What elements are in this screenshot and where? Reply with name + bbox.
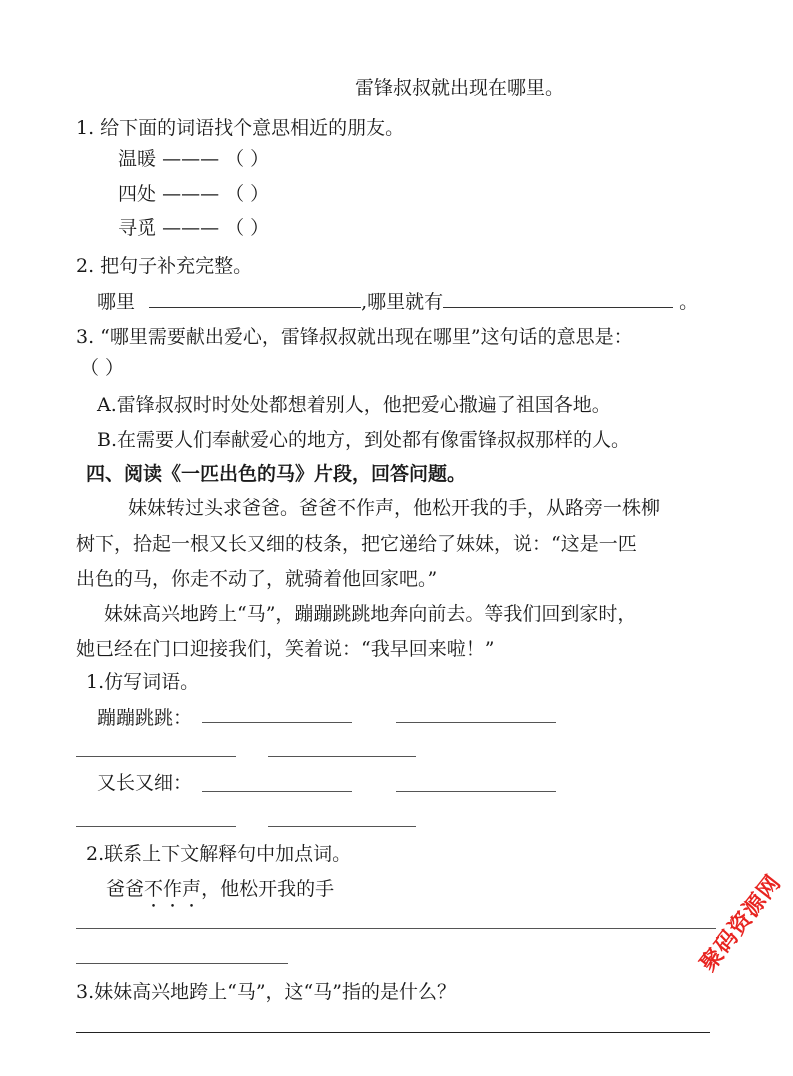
sub2-pre: 爸爸: [106, 878, 144, 900]
q1-item: 温暖 ——— （ ）: [118, 147, 269, 171]
question-2-label: 2. 把句子补充完整。: [76, 254, 252, 278]
q1-answer-paren[interactable]: （ ）: [225, 217, 269, 239]
answer-line[interactable]: [76, 928, 716, 929]
dotted-char: 不: [144, 877, 163, 901]
q1-answer-paren[interactable]: （ ）: [225, 148, 269, 170]
q2-sentence: 哪里 ,哪里就有 。: [97, 289, 698, 314]
question-3-label: 3. “哪里需要献出爱心，雷锋叔叔就出现在哪里”这句话的意思是：: [76, 325, 633, 349]
q1-dash: ———: [162, 148, 219, 170]
q2-end: 。: [679, 291, 698, 313]
passage-line: 树下，拾起一根又长又细的枝条，把它递给了妹妹，说：“这是一匹: [76, 532, 637, 556]
imitate-word-2: 又长又细：: [97, 771, 192, 795]
imitate-word-1: 蹦蹦跳跳：: [97, 706, 192, 730]
answer-line[interactable]: [76, 963, 288, 964]
answer-line[interactable]: [268, 756, 416, 757]
passage-line: 妹妹高兴地跨上“马”，蹦蹦跳跳地奔向前去。等我们回到家时，: [104, 602, 636, 626]
q3-answer-paren[interactable]: （ ）: [80, 356, 124, 380]
dotted-char: 作: [163, 877, 182, 901]
sub-question-1-label: 1.仿写词语。: [86, 670, 199, 694]
sub2-sentence: 爸爸不作声，他松开我的手: [106, 877, 334, 901]
sub-question-2-label: 2.联系上下文解释句中加点词。: [86, 842, 351, 866]
title-line: 雷锋叔叔就出现在哪里。: [355, 76, 564, 100]
watermark-logo: 聚码资源网: [692, 867, 787, 977]
q2-part2: ,哪里就有: [361, 291, 443, 313]
q1-word: 寻觅: [118, 217, 156, 239]
q1-item: 寻觅 ——— （ ）: [118, 216, 269, 240]
answer-line[interactable]: [202, 791, 352, 792]
q3-option-a[interactable]: A.雷锋叔叔时时处处都想着别人，他把爱心撒遍了祖国各地。: [97, 393, 611, 417]
dotted-char: 声: [182, 877, 201, 901]
section-4-heading: 四、阅读《一匹出色的马》片段，回答问题。: [86, 462, 466, 486]
answer-line[interactable]: [396, 791, 556, 792]
q2-part1: 哪里: [97, 291, 135, 313]
q3-option-b[interactable]: B.在需要人们奉献爱心的地方，到处都有像雷锋叔叔那样的人。: [97, 428, 630, 452]
q1-dash: ———: [162, 217, 219, 239]
answer-line[interactable]: [202, 722, 352, 723]
q1-answer-paren[interactable]: （ ）: [225, 183, 269, 205]
q1-word: 温暖: [118, 148, 156, 170]
q1-dash: ———: [162, 183, 219, 205]
passage-line: 出色的马，你走不动了，就骑着他回家吧。”: [76, 567, 437, 591]
q2-blank-1[interactable]: [149, 289, 361, 308]
q2-blank-2[interactable]: [443, 289, 673, 308]
sub2-post: ，他松开我的手: [201, 878, 334, 900]
answer-line[interactable]: [396, 722, 556, 723]
answer-line[interactable]: [76, 756, 236, 757]
sub-question-3-label: 3.妹妹高兴地跨上“马”，这“马”指的是什么？: [76, 980, 456, 1004]
answer-line[interactable]: [76, 826, 236, 827]
passage-line: 她已经在门口迎接我们，笑着说：“我早回来啦！”: [76, 637, 494, 661]
answer-line[interactable]: [76, 1032, 710, 1033]
q1-item: 四处 ——— （ ）: [118, 182, 269, 206]
question-1-label: 1. 给下面的词语找个意思相近的朋友。: [76, 116, 404, 140]
q1-word: 四处: [118, 183, 156, 205]
answer-line[interactable]: [268, 826, 416, 827]
passage-line: 妹妹转过头求爸爸。爸爸不作声，他松开我的手，从路旁一株柳: [128, 496, 660, 520]
